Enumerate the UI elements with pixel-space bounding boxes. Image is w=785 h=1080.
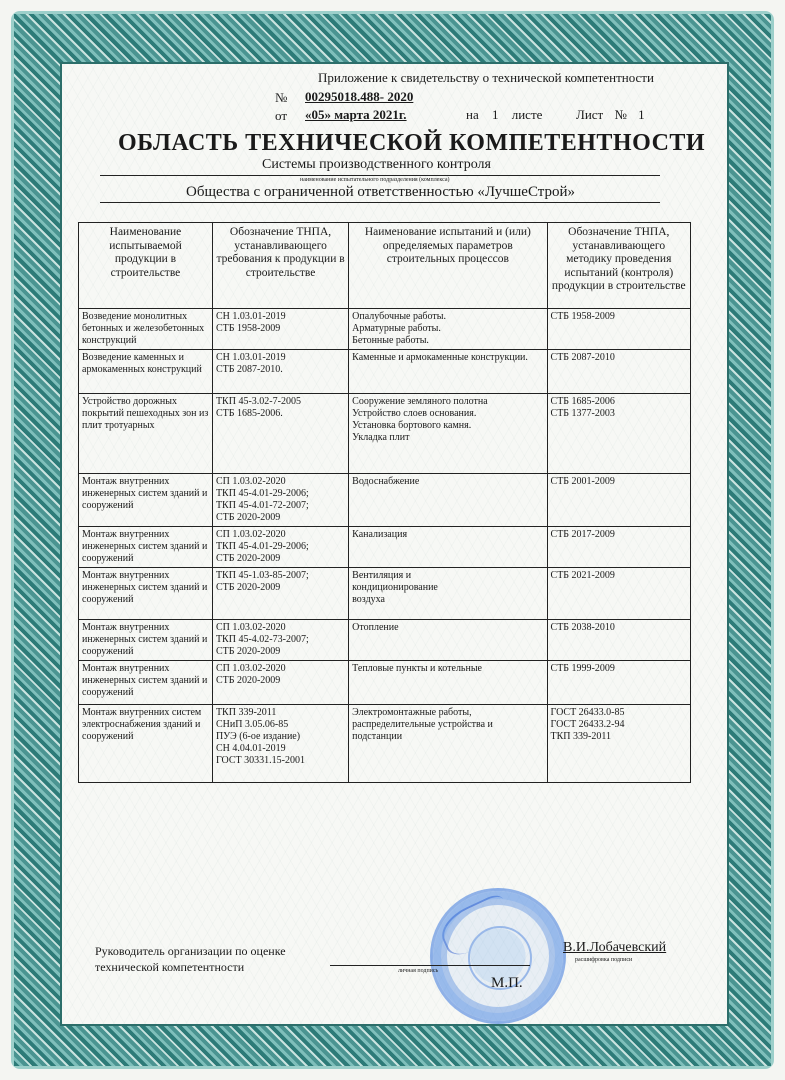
tests-line: Электромонтажные работы,	[352, 707, 543, 719]
tests-line: Устройство слоев основания.	[352, 408, 543, 420]
cell-methods: СТБ 2017-2009	[547, 527, 690, 568]
methods-line: СТБ 1999-2009	[551, 663, 687, 675]
requirements-line: СТБ 2020-2009	[216, 582, 345, 594]
official-stamp	[430, 888, 566, 1024]
product-text: Возведение каменных и армокаменных конст…	[82, 352, 209, 376]
cell-requirements: СП 1.03.02-2020ТКП 45-4.02-73-2007;СТБ 2…	[212, 620, 348, 661]
product-text: Монтаж внутренних инженерных систем здан…	[82, 622, 209, 658]
sheet-number: Лист № 1	[576, 107, 645, 123]
cell-requirements: ТКП 45-3.02-7-2005СТБ 1685-2006.	[212, 394, 348, 474]
requirements-line: СТБ 1958-2009	[216, 323, 345, 335]
cell-tests: Канализация	[349, 527, 547, 568]
requirements-line: ТКП 45-3.02-7-2005	[216, 396, 345, 408]
table-row: Возведение каменных и армокаменных конст…	[79, 350, 691, 394]
cell-tests: Водоснабжение	[349, 474, 547, 527]
methods-line: СТБ 2001-2009	[551, 476, 687, 488]
table-row: Монтаж внутренних инженерных систем здан…	[79, 620, 691, 661]
table-row: Монтаж внутренних инженерных систем здан…	[79, 527, 691, 568]
product-text: Монтаж внутренних инженерных систем здан…	[82, 663, 209, 699]
cell-requirements: СП 1.03.02-2020СТБ 2020-2009	[212, 661, 348, 705]
product-text: Монтаж внутренних инженерных систем здан…	[82, 529, 209, 565]
tests-line: Сооружение земляного полотна	[352, 396, 543, 408]
product-text: Возведение монолитных бетонных и железоб…	[82, 311, 209, 347]
requirements-line: СП 1.03.02-2020	[216, 529, 345, 541]
cell-methods: СТБ 1958-2009	[547, 309, 690, 350]
tests-line: Тепловые пункты и котельные	[352, 663, 543, 675]
tests-line: Установка бортового камня.	[352, 420, 543, 432]
cell-methods: СТБ 1685-2006СТБ 1377-2003	[547, 394, 690, 474]
signature-caption: личная подпись	[398, 968, 438, 974]
sheets-count: на 1 листе	[466, 107, 542, 123]
cell-product: Возведение каменных и армокаменных конст…	[79, 350, 213, 394]
requirements-line: СП 1.03.02-2020	[216, 622, 345, 634]
cell-methods: СТБ 2001-2009	[547, 474, 690, 527]
number-label: №	[275, 90, 287, 106]
cell-product: Монтаж внутренних инженерных систем здан…	[79, 568, 213, 620]
tests-line: Канализация	[352, 529, 543, 541]
requirements-line: СП 1.03.02-2020	[216, 476, 345, 488]
requirements-line: СП 1.03.02-2020	[216, 663, 345, 675]
requirements-line: СТБ 2020-2009	[216, 675, 345, 687]
cell-methods: СТБ 2021-2009	[547, 568, 690, 620]
cell-requirements: СП 1.03.02-2020ТКП 45-4.01-29-2006;СТБ 2…	[212, 527, 348, 568]
methods-line: СТБ 2017-2009	[551, 529, 687, 541]
cell-requirements: ТКП 45-1.03-85-2007;СТБ 2020-2009	[212, 568, 348, 620]
requirements-line: ТКП 45-4.01-72-2007;	[216, 500, 345, 512]
organization-name: Общества с ограниченной ответственностью…	[186, 184, 575, 201]
tests-line: Опалубочные работы.	[352, 311, 543, 323]
table-row: Устройство дорожных покрытий пешеходных …	[79, 394, 691, 474]
cell-tests: Вентиляция икондиционированиевоздуха	[349, 568, 547, 620]
certificate-date: «05» марта 2021г.	[305, 107, 407, 123]
seal-place: М.П.	[491, 975, 523, 992]
methods-line: СТБ 1377-2003	[551, 408, 687, 420]
cell-product: Возведение монолитных бетонных и железоб…	[79, 309, 213, 350]
cell-tests: Электромонтажные работы,распределительны…	[349, 705, 547, 783]
tests-line: распределительные устройства и	[352, 719, 543, 731]
column-header-product: Наименование испытываемой продукции в ст…	[79, 223, 213, 309]
table-row: Монтаж внутренних инженерных систем здан…	[79, 568, 691, 620]
requirements-line: СТБ 2020-2009	[216, 512, 345, 524]
cell-product: Монтаж внутренних инженерных систем здан…	[79, 474, 213, 527]
requirements-line: СНиП 3.05.06-85	[216, 719, 345, 731]
appendix-caption: Приложение к свидетельству о технической…	[318, 70, 654, 86]
certificate-number: 00295018.488- 2020	[305, 89, 413, 105]
cell-requirements: СП 1.03.02-2020ТКП 45-4.01-29-2006;ТКП 4…	[212, 474, 348, 527]
signature-line	[330, 965, 530, 966]
tests-line: Отопление	[352, 622, 543, 634]
cell-methods: ГОСТ 26433.0-85ГОСТ 26433.2-94ТКП 339-20…	[547, 705, 690, 783]
requirements-line: ГОСТ 30331.15-2001	[216, 755, 345, 767]
signer-caption: расшифровка подписи	[575, 957, 632, 963]
cell-tests: Каменные и армокаменные конструкции.	[349, 350, 547, 394]
methods-line: СТБ 2021-2009	[551, 570, 687, 582]
requirements-line: ТКП 45-4.02-73-2007;	[216, 634, 345, 646]
cell-product: Монтаж внутренних инженерных систем здан…	[79, 620, 213, 661]
methods-line: ГОСТ 26433.0-85	[551, 707, 687, 719]
requirements-line: ПУЭ (6-ое издание)	[216, 731, 345, 743]
cell-requirements: ТКП 339-2011СНиП 3.05.06-85ПУЭ (6-ое изд…	[212, 705, 348, 783]
divider	[100, 202, 660, 203]
column-header-methods: Обозначение ТНПА, устанавливающего метод…	[547, 223, 690, 309]
tests-line: Укладка плит	[352, 432, 543, 444]
requirements-line: СТБ 1685-2006.	[216, 408, 345, 420]
methods-line: СТБ 1685-2006	[551, 396, 687, 408]
cell-methods: СТБ 1999-2009	[547, 661, 690, 705]
cell-methods: СТБ 2038-2010	[547, 620, 690, 661]
date-label: от	[275, 108, 287, 124]
cell-product: Монтаж внутренних систем электроснабжени…	[79, 705, 213, 783]
requirements-line: СН 1.03.01-2019	[216, 352, 345, 364]
methods-line: СТБ 2038-2010	[551, 622, 687, 634]
divider	[100, 175, 660, 176]
cell-tests: Отопление	[349, 620, 547, 661]
cell-requirements: СН 1.03.01-2019СТБ 1958-2009	[212, 309, 348, 350]
tests-line: кондиционирование	[352, 582, 543, 594]
column-header-tests: Наименование испытаний и (или) определяе…	[349, 223, 547, 309]
methods-line: СТБ 1958-2009	[551, 311, 687, 323]
tests-line: Каменные и армокаменные конструкции.	[352, 352, 543, 364]
cell-tests: Сооружение земляного полотнаУстройство с…	[349, 394, 547, 474]
department-caption: наименование испытательного подразделени…	[300, 177, 450, 183]
requirements-line: СТБ 2020-2009	[216, 553, 345, 565]
cell-tests: Тепловые пункты и котельные	[349, 661, 547, 705]
requirements-line: ТКП 45-4.01-29-2006;	[216, 488, 345, 500]
methods-line: ТКП 339-2011	[551, 731, 687, 743]
tests-line: Бетонные работы.	[352, 335, 543, 347]
cell-methods: СТБ 2087-2010	[547, 350, 690, 394]
table-row: Возведение монолитных бетонных и железоб…	[79, 309, 691, 350]
competence-table: Наименование испытываемой продукции в ст…	[78, 222, 691, 783]
tests-line: Вентиляция и	[352, 570, 543, 582]
signer-name: В.И.Лобачевский	[563, 940, 666, 956]
table-header-row: Наименование испытываемой продукции в ст…	[79, 223, 691, 309]
product-text: Монтаж внутренних инженерных систем здан…	[82, 570, 209, 606]
tests-line: Водоснабжение	[352, 476, 543, 488]
methods-line: СТБ 2087-2010	[551, 352, 687, 364]
product-text: Устройство дорожных покрытий пешеходных …	[82, 396, 209, 432]
document-title: ОБЛАСТЬ ТЕХНИЧЕСКОЙ КОМПЕТЕНТНОСТИ	[118, 130, 705, 157]
methods-line: ГОСТ 26433.2-94	[551, 719, 687, 731]
cell-product: Монтаж внутренних инженерных систем здан…	[79, 661, 213, 705]
table-row: Монтаж внутренних систем электроснабжени…	[79, 705, 691, 783]
requirements-line: ТКП 339-2011	[216, 707, 345, 719]
tests-line: воздуха	[352, 594, 543, 606]
cell-product: Монтаж внутренних инженерных систем здан…	[79, 527, 213, 568]
requirements-line: СТБ 2020-2009	[216, 646, 345, 658]
product-text: Монтаж внутренних инженерных систем здан…	[82, 476, 209, 512]
requirements-line: СН 4.04.01-2019	[216, 743, 345, 755]
tests-line: Арматурные работы.	[352, 323, 543, 335]
cell-requirements: СН 1.03.01-2019СТБ 2087-2010.	[212, 350, 348, 394]
table-row: Монтаж внутренних инженерных систем здан…	[79, 474, 691, 527]
cell-product: Устройство дорожных покрытий пешеходных …	[79, 394, 213, 474]
requirements-line: ТКП 45-1.03-85-2007;	[216, 570, 345, 582]
table-row: Монтаж внутренних инженерных систем здан…	[79, 661, 691, 705]
head-label: Руководитель организации по оценке техни…	[95, 943, 305, 975]
requirements-line: СТБ 2087-2010.	[216, 364, 345, 376]
department-name: Системы производственного контроля	[262, 157, 491, 173]
product-text: Монтаж внутренних систем электроснабжени…	[82, 707, 209, 743]
column-header-requirements: Обозначение ТНПА, устанавливающего требо…	[212, 223, 348, 309]
requirements-line: ТКП 45-4.01-29-2006;	[216, 541, 345, 553]
tests-line: подстанции	[352, 731, 543, 743]
requirements-line: СН 1.03.01-2019	[216, 311, 345, 323]
cell-tests: Опалубочные работы.Арматурные работы.Бет…	[349, 309, 547, 350]
